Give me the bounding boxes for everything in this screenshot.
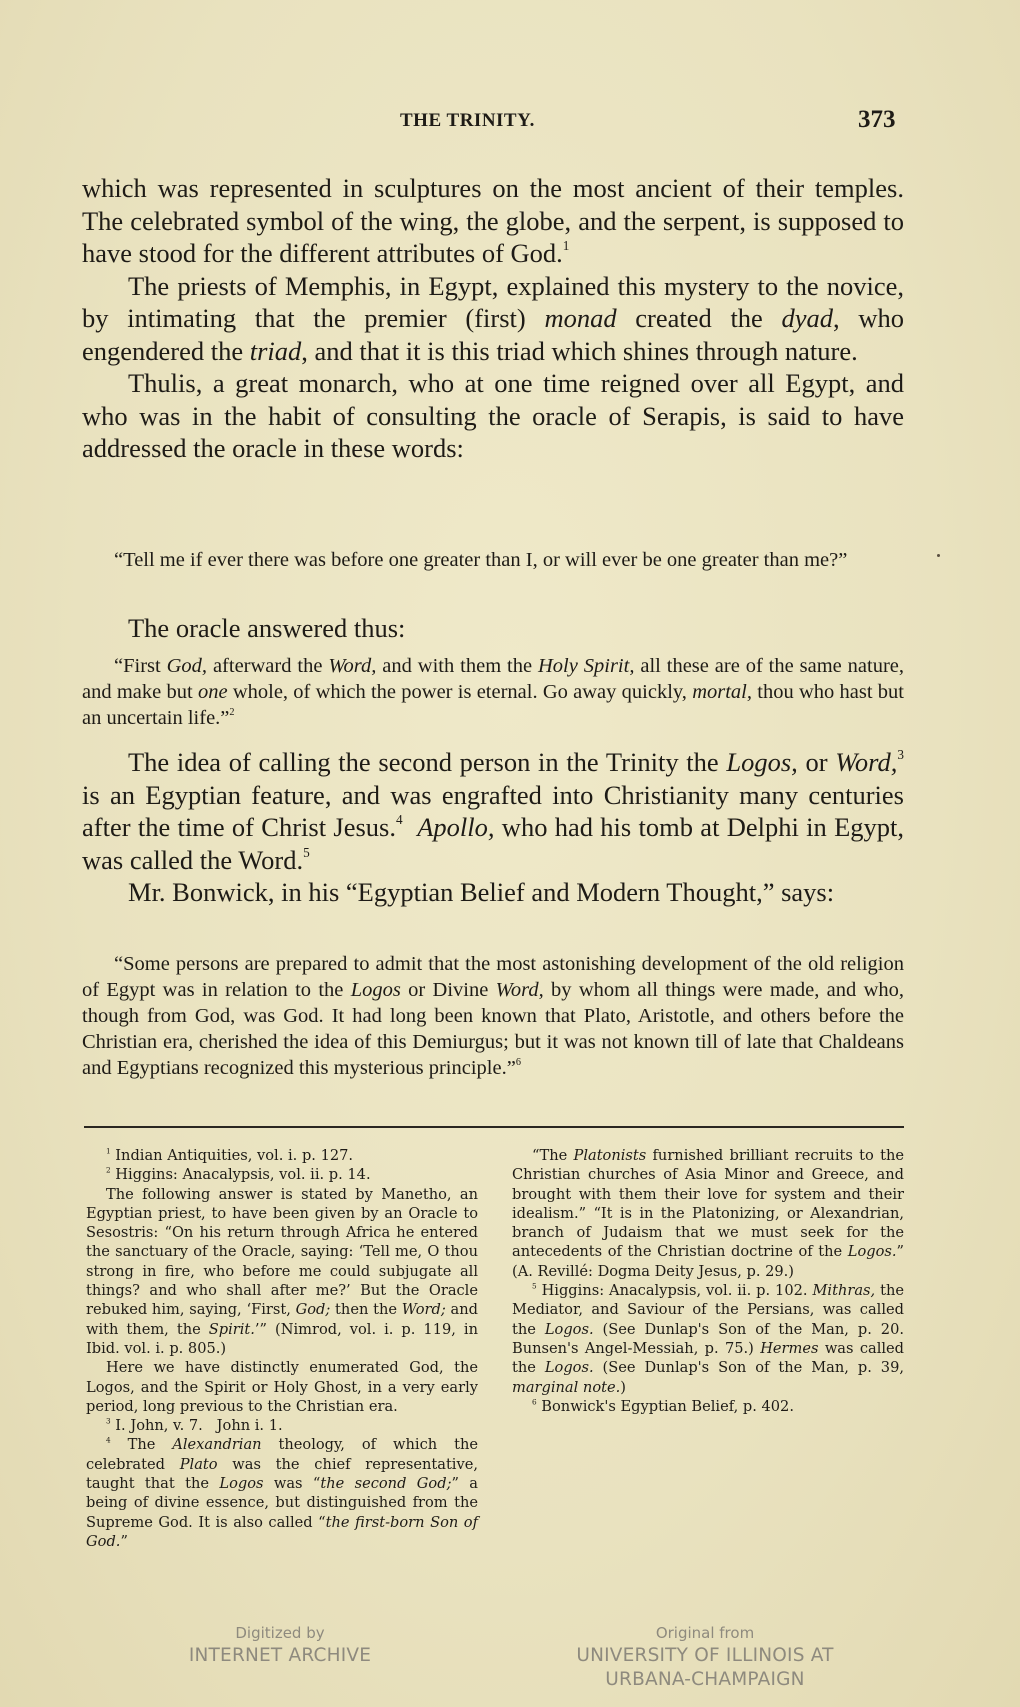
footnote-ref-5[interactable]: 5 xyxy=(303,845,310,860)
book-page: THE TRINITY. 373 which was represented i… xyxy=(0,0,1020,1707)
paragraph-6: Mr. Bonwick, in his “Egyptian Belief and… xyxy=(82,876,904,909)
footnote-2-continued-2: Here we have distinctly enumerated God, … xyxy=(86,1358,478,1416)
paragraph-5: The idea of calling the second person in… xyxy=(82,746,904,876)
running-title: THE TRINITY. xyxy=(400,110,535,132)
watermark-original-from: Original from UNIVERSITY OF ILLINOIS AT … xyxy=(555,1622,855,1692)
footnote-ref-1[interactable]: 1 xyxy=(563,238,570,253)
paper-speck xyxy=(937,554,940,557)
body-block-1: which was represented in sculptures on t… xyxy=(82,172,904,465)
paragraph-3: Thulis, a great monarch, who at one time… xyxy=(82,367,904,465)
footnote-4: 4 The Alexandrian theology, of which the… xyxy=(86,1435,478,1551)
watermark-digitized-by: Digitized by INTERNET ARCHIVE xyxy=(150,1622,410,1668)
block-quote-2: “First God, afterward the Word, and with… xyxy=(82,653,904,731)
paragraph-4: The oracle answered thus: xyxy=(82,612,904,645)
footnote-ref-4[interactable]: 4 xyxy=(396,812,403,827)
block-quote-1: “Tell me if ever there was before one gr… xyxy=(82,547,904,573)
block-quote-3: “Some persons are prepared to admit that… xyxy=(82,951,904,1081)
running-head: THE TRINITY. 373 xyxy=(0,106,1020,136)
footnotes: 1 Indian Antiquities, vol. i. p. 127. 2 … xyxy=(86,1146,904,1551)
paragraph-4-block: The oracle answered thus: xyxy=(82,612,904,645)
footnote-ref-2[interactable]: 2 xyxy=(229,707,234,718)
footnote-3: 3 I. John, v. 7. John i. 1. xyxy=(86,1416,478,1435)
page-number: 373 xyxy=(858,106,896,134)
footnote-divider xyxy=(84,1126,904,1128)
footnote-6: 6 Bonwick's Egyptian Belief, p. 402. xyxy=(512,1397,904,1416)
body-block-2: The idea of calling the second person in… xyxy=(82,746,904,909)
paragraph-1: which was represented in sculptures on t… xyxy=(82,172,904,270)
footnotes-right-column: “The Platonists furnished brilliant recr… xyxy=(512,1146,904,1551)
footnote-4-continued: “The Platonists furnished brilliant recr… xyxy=(512,1146,904,1281)
footnote-1: 1 Indian Antiquities, vol. i. p. 127. xyxy=(86,1146,478,1165)
footnotes-left-column: 1 Indian Antiquities, vol. i. p. 127. 2 … xyxy=(86,1146,478,1551)
footnote-ref-3[interactable]: 3 xyxy=(897,747,904,762)
footnote-2-continued: The following answer is stated by Maneth… xyxy=(86,1185,478,1359)
paragraph-2: The priests of Memphis, in Egypt, explai… xyxy=(82,270,904,368)
footnote-ref-6[interactable]: 6 xyxy=(516,1057,521,1068)
footnote-5: 5 Higgins: Anacalypsis, vol. ii. p. 102.… xyxy=(512,1281,904,1397)
footnote-2: 2 Higgins: Anacalypsis, vol. ii. p. 14. xyxy=(86,1165,478,1184)
